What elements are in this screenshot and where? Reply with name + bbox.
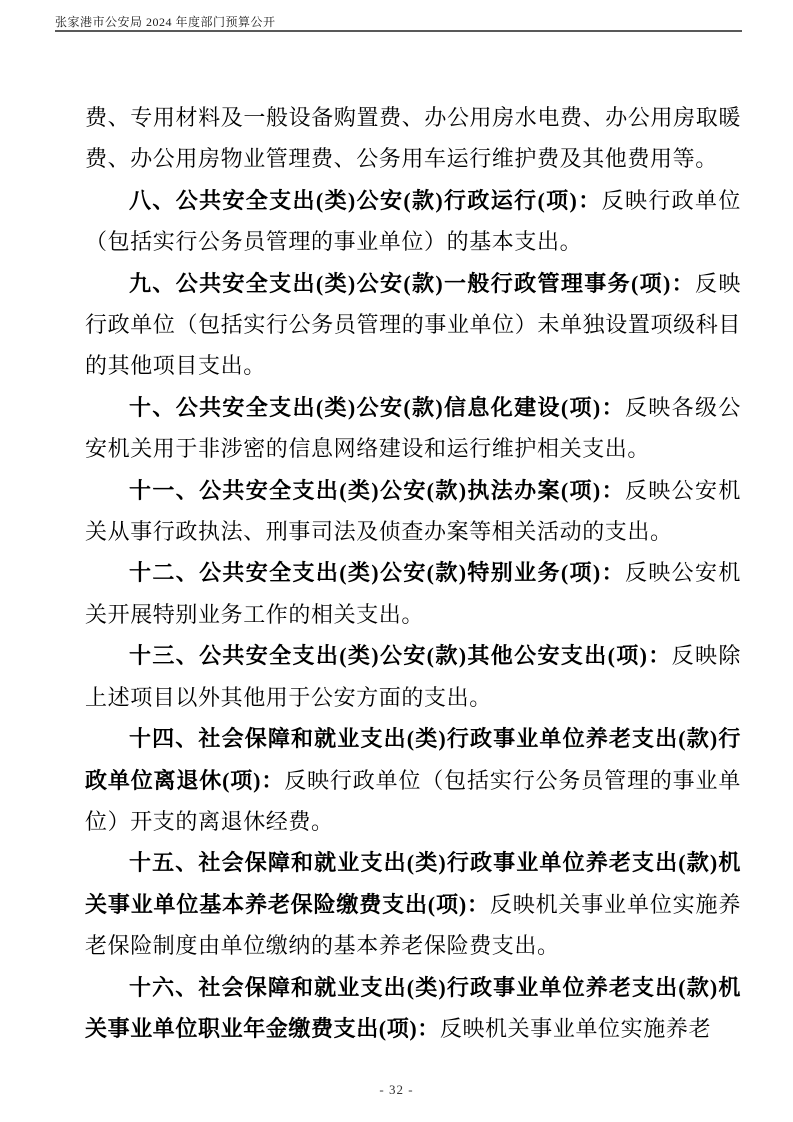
paragraph-heading: 十、公共安全支出(类)公安(款)信息化建设(项)： [129,395,625,420]
paragraph: 十、公共安全支出(类)公安(款)信息化建设(项)：反映各级公安机关用于非涉密的信… [85,387,741,470]
page-number: - 32 - [379,1082,413,1097]
paragraph-heading: 九、公共安全支出(类)公安(款)一般行政管理事务(项)： [129,271,695,296]
paragraph: 十一、公共安全支出(类)公安(款)执法办案(项)：反映公安机关从事行政执法、刑事… [85,470,741,553]
paragraph: 十五、社会保障和就业支出(类)行政事业单位养老支出(款)机关事业单位基本养老保险… [85,842,741,966]
header-title: 张家港市公安局 2024 年度部门预算公开 [55,13,276,30]
document-page: 张家港市公安局 2024 年度部门预算公开 费、专用材料及一般设备购置费、办公用… [0,0,793,1122]
paragraph: 十三、公共安全支出(类)公安(款)其他公安支出(项)：反映除上述项目以外其他用于… [85,635,741,718]
paragraph: 九、公共安全支出(类)公安(款)一般行政管理事务(项)：反映行政单位（包括实行公… [85,263,741,387]
page-footer: - 32 - [0,1082,793,1098]
paragraph-heading: 十三、公共安全支出(类)公安(款)其他公安支出(项)： [129,643,672,668]
paragraph: 十六、社会保障和就业支出(类)行政事业单位养老支出(款)机关事业单位职业年金缴费… [85,967,741,1050]
paragraph-heading: 十一、公共安全支出(类)公安(款)执法办案(项)： [129,478,625,503]
paragraph-text: 反映机关事业单位实施养老 [440,1016,711,1041]
paragraph-heading: 八、公共安全支出(类)公安(款)行政运行(项)： [129,188,602,213]
paragraph: 十二、公共安全支出(类)公安(款)特别业务(项)：反映公安机关开展特别业务工作的… [85,552,741,635]
paragraph: 十四、社会保障和就业支出(类)行政事业单位养老支出(款)行政单位离退休(项)：反… [85,718,741,842]
header-rule [55,30,742,32]
paragraph: 费、专用材料及一般设备购置费、办公用房水电费、办公用房取暖费、办公用房物业管理费… [85,97,741,180]
paragraph: 八、公共安全支出(类)公安(款)行政运行(项)：反映行政单位（包括实行公务员管理… [85,180,741,263]
paragraph-text: 费、专用材料及一般设备购置费、办公用房水电费、办公用房取暖费、办公用房物业管理费… [85,105,741,171]
document-body: 费、专用材料及一般设备购置费、办公用房水电费、办公用房取暖费、办公用房物业管理费… [85,97,741,1049]
paragraph-heading: 十二、公共安全支出(类)公安(款)特别业务(项)： [129,560,625,585]
